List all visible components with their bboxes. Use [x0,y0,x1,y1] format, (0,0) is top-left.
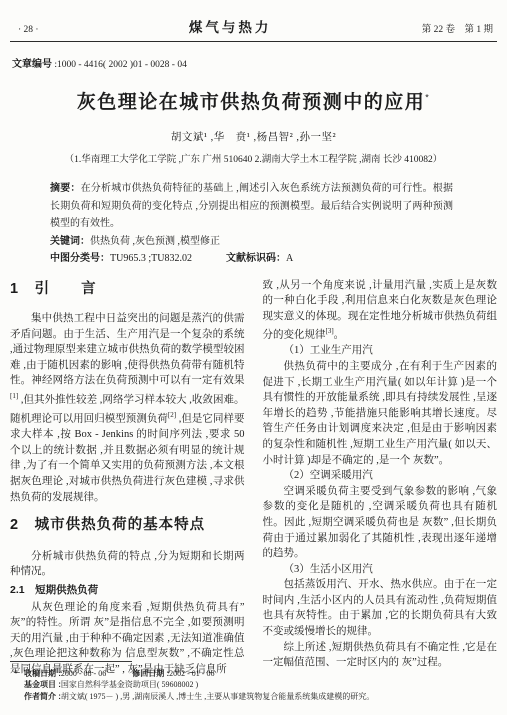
received-date-label: 收稿日期 : [24,669,61,678]
bio-text: 胡文斌( 1975－ ) ,男 ,湖南辰溪人 ,博士生 ,主要从事建筑物复合能量… [61,692,374,701]
section-2-1-heading: 2.1 短期供热负荷 [10,583,245,599]
footnote-dates-line: 收稿日期 :2000 - 08 - 06修回日期 :2002 - 01 - 06 [24,668,497,680]
right-column: 致 ,从另一个角度来说 ,计量用汽量 ,实质上是灰数的一种白化手段 ,利用信息来… [263,278,498,682]
hvac-steam-paragraph: 空调采暖负荷主要受到气象参数的影响 ,气象参数的变化是随机的 ,空调采暖负荷也具… [263,484,498,562]
keywords-text: 供热负荷 ,灰色预测 ,模型修正 [90,236,220,247]
footnote-bio-line: 作者简介 :胡文斌( 1975－ ) ,男 ,湖南辰溪人 ,博士生 ,主要从事建… [24,691,497,703]
footnote-body: * 收稿日期 :2000 - 08 - 06修回日期 :2002 - 01 - … [10,668,497,703]
abstract-text: 在分析城市供热负荷特征的基础上 ,阐述引入灰色系统方法预测负荷的可行性。根据长期… [50,183,453,229]
list-item-industrial-steam: （1）工业生产用汽 [263,343,498,359]
section-1-heading: 1 引 言 [10,282,245,298]
paper-page: · 28 · 煤气与热力 第 22 卷 第 1 期 文章编号 :1000 - 4… [0,0,507,715]
abstract: 摘要：在分析城市供热负荷特征的基础上 ,阐述引入灰色系统方法预测负荷的可行性。根… [50,180,453,233]
keywords-label: 关键词： [50,236,90,247]
paper-title-text: 灰色理论在城市供热负荷预测中的应用 [77,92,426,113]
list-item-residential-steam: （3）生活小区用汽 [263,562,498,578]
industrial-steam-paragraph: 供热负荷中的主要成分 ,在有利于生产因素的促进下 ,长期工业生产用汽量( 如以年… [263,359,498,468]
doc-code-label: 文献标识码： [226,253,286,264]
intro-paragraph: 集中供热工程中日益突出的问题是蒸汽的供需矛盾问题。由于生活、生产用汽是一个复杂的… [10,311,245,505]
section-2-heading: 2 城市供热负荷的基本特点 [10,518,245,534]
title-footnote-mark: * [425,93,430,103]
affiliation-line: （1.华南理工大学化工学院 ,广东 广州 510640 2.湖南大学土木工程学院… [10,151,497,165]
left-column: 1 引 言 集中供热工程中日益突出的问题是蒸汽的供需矛盾问题。由于生活、生产用汽… [10,278,245,682]
continued-text-1: 致 ,从另一个角度来说 ,计量用汽量 ,实质上是灰数的一种白化手段 ,利用信息来… [263,280,498,341]
abstract-block: 摘要：在分析城市供热负荷特征的基础上 ,阐述引入灰色系统方法预测负荷的可行性。根… [50,180,453,268]
list-item-hvac-steam: （2）空调采暖用汽 [263,468,498,484]
reference-3: [3] [326,327,334,335]
bio-label: 作者简介 : [24,692,61,701]
article-id-label: 文章编号 [12,59,52,70]
revised-date: 2002 - 01 - 06 [169,669,214,678]
abstract-label: 摘要： [50,183,81,194]
two-column-body: 1 引 言 集中供热工程中日益突出的问题是蒸汽的供需矛盾问题。由于生活、生产用汽… [10,278,497,682]
footnote-block: * 收稿日期 :2000 - 08 - 06修回日期 :2002 - 01 - … [10,661,497,703]
author-line: 胡文斌¹ ,华 贲¹ ,杨昌智² ,孙一坚² [10,129,497,144]
journal-header: · 28 · 煤气与热力 第 22 卷 第 1 期 [10,14,497,41]
issue-info: 第 22 卷 第 1 期 [422,21,493,35]
article-id: 文章编号 :1000 - 4416( 2002 )01 - 0028 - 04 [12,55,497,70]
intro-text-3: ,但是它同样要求大样本 ,按 Box - Jenkins 的时间序列法 ,要求 … [10,414,245,503]
footnote-rule [10,661,132,662]
received-date: 2000 - 08 - 06 [61,669,106,678]
fund-label: 基金项目 : [24,680,61,689]
reference-2: [2] [168,411,176,419]
continued-text-2: 。 [334,330,345,341]
reference-1: [1] [10,392,18,400]
footnote-mark: * [14,668,18,680]
footnote-fund-line: 基金项目 :国家自然科学基金资助项目( 59608002 ) [24,679,497,691]
doc-code-value: A [286,253,293,264]
journal-title: 煤气与热力 [189,16,272,36]
revised-date-label: 修回日期 : [132,669,169,678]
classification-label: 中图分类号： [50,253,110,264]
fund-text: 国家自然科学基金资助项目( 59608002 ) [61,680,198,689]
intro-text-1: 集中供热工程中日益突出的问题是蒸汽的供需矛盾问题。由于生活、生产用汽是一个复杂的… [10,313,245,386]
classification-line: 中图分类号：TU965.3 ;TU832.02文献标识码：A [50,250,453,268]
keywords: 关键词：供热负荷 ,灰色预测 ,模型修正 [50,233,453,251]
page-number: · 28 · [18,25,39,35]
classification-value: TU965.3 ;TU832.02 [110,253,192,264]
header-rule [10,41,497,42]
section-2-intro-paragraph: 分析城市供热负荷的特点 ,分为短期和长期两种情况。 [10,549,245,580]
residential-steam-paragraph: 包括蒸饭用汽、开水、热水供应。由于在一定时间内 ,生活小区内的人员具有流动性 ,… [263,577,498,639]
article-id-value: :1000 - 4416( 2002 )01 - 0028 - 04 [52,60,187,70]
continued-paragraph: 致 ,从另一个角度来说 ,计量用汽量 ,实质上是灰数的一种白化手段 ,利用信息来… [263,278,498,344]
paper-title: 灰色理论在城市供热负荷预测中的应用* [10,87,497,114]
